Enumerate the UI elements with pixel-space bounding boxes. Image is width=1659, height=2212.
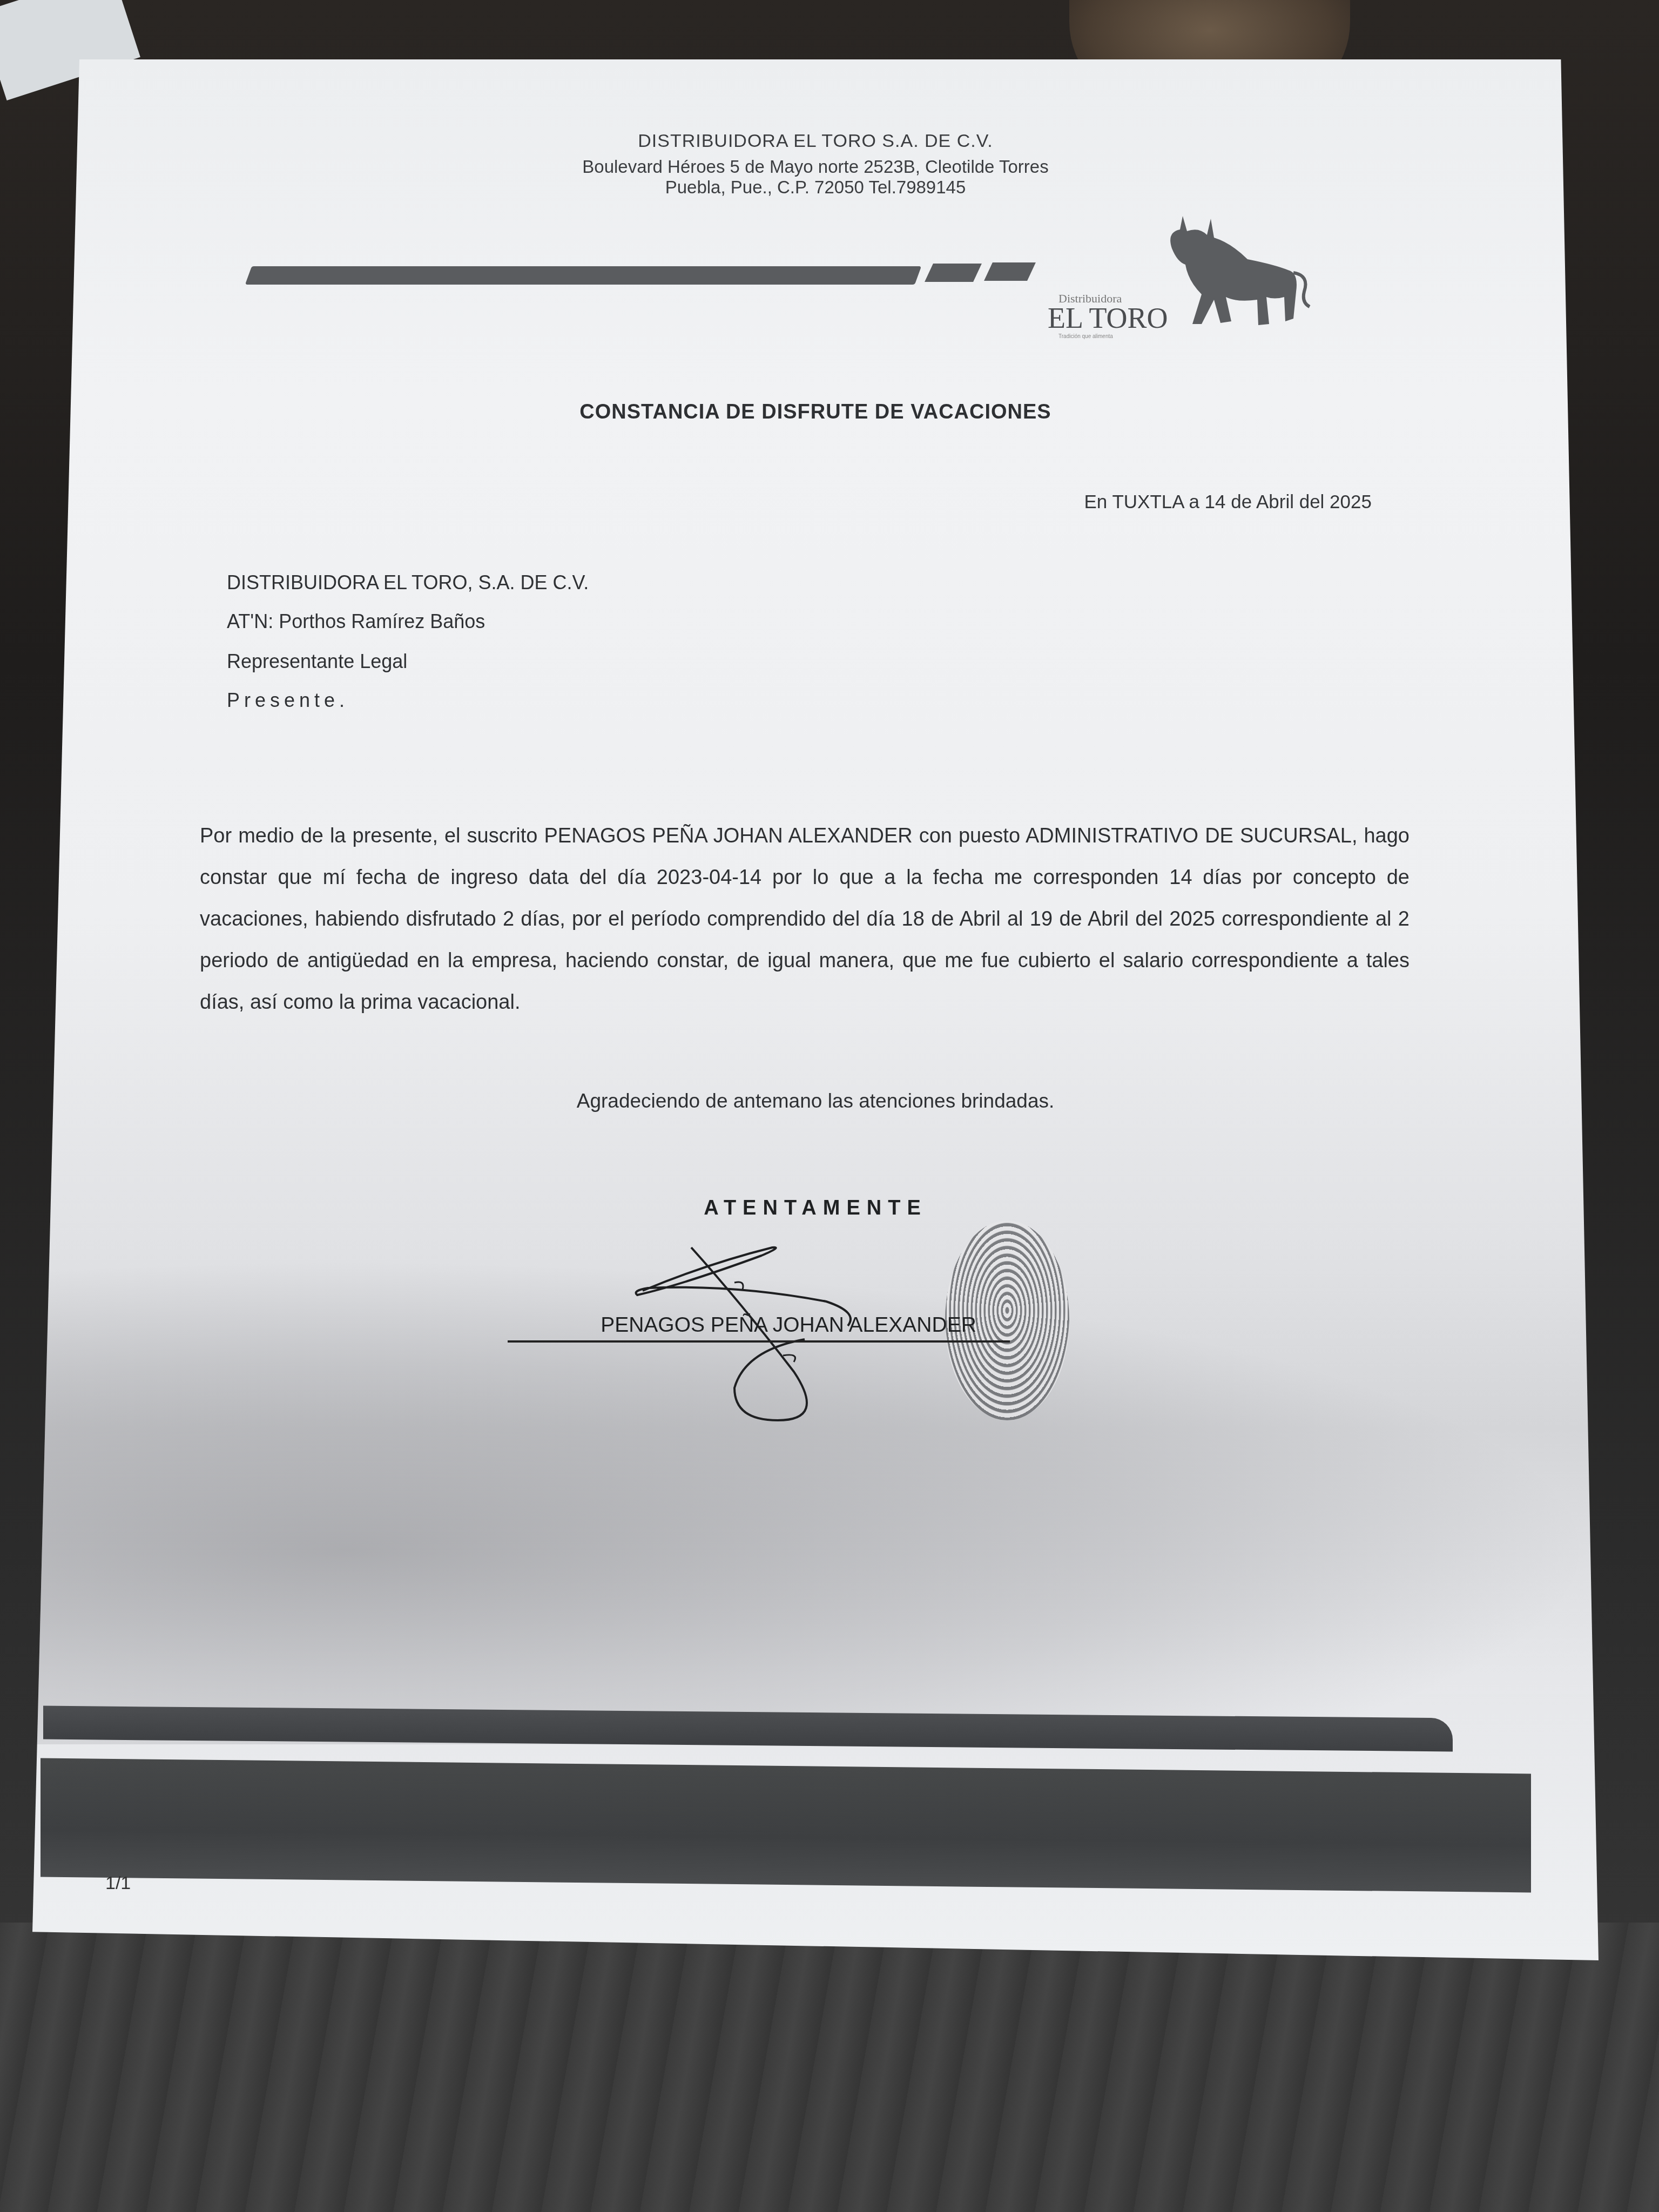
page-number: 1/1 [105, 1873, 131, 1894]
letterhead-bar-segment [984, 262, 1036, 281]
letterhead-address-line2: Puebla, Pue., C.P. 72050 Tel.7989145 [32, 177, 1599, 198]
signature-line [508, 1340, 1010, 1343]
logo-tagline: Tradición que alimenta [1058, 334, 1113, 340]
bull-icon [1150, 211, 1312, 335]
body-paragraph: Por medio de la presente, el suscrito PE… [200, 815, 1410, 1023]
signer-name: PENAGOS PEÑA JOHAN ALEXANDER [545, 1313, 1031, 1337]
letterhead-bar-segment [925, 264, 982, 282]
footer-band-wide [41, 1758, 1531, 1893]
company-logo: Distribuidora EL TORO Tradición que alim… [1048, 211, 1350, 340]
salutation: ATENTAMENTE [32, 1197, 1599, 1220]
letterhead-bar [245, 266, 921, 285]
document-page: DISTRIBUIDORA EL TORO S.A. DE C.V. Boule… [32, 59, 1599, 1960]
addressee-company: DISTRIBUIDORA EL TORO, S.A. DE C.V. [227, 571, 589, 594]
addressee-presente: Presente. [227, 689, 349, 712]
document-title: CONSTANCIA DE DISFRUTE DE VACACIONES [32, 401, 1599, 424]
signature-mark [599, 1226, 956, 1453]
addressee-role: Representante Legal [227, 650, 407, 673]
closing-line: Agradeciendo de antemano las atenciones … [32, 1090, 1599, 1112]
addressee-attention: AT'N: Porthos Ramírez Baños [227, 610, 485, 633]
letterhead-address-line1: Boulevard Héroes 5 de Mayo norte 2523B, … [32, 157, 1599, 177]
letterhead-company: DISTRIBUIDORA EL TORO S.A. DE C.V. [32, 131, 1599, 152]
background-fabric [0, 1923, 1659, 2212]
place-date: En TUXTLA a 14 de Abril del 2025 [1084, 491, 1372, 513]
